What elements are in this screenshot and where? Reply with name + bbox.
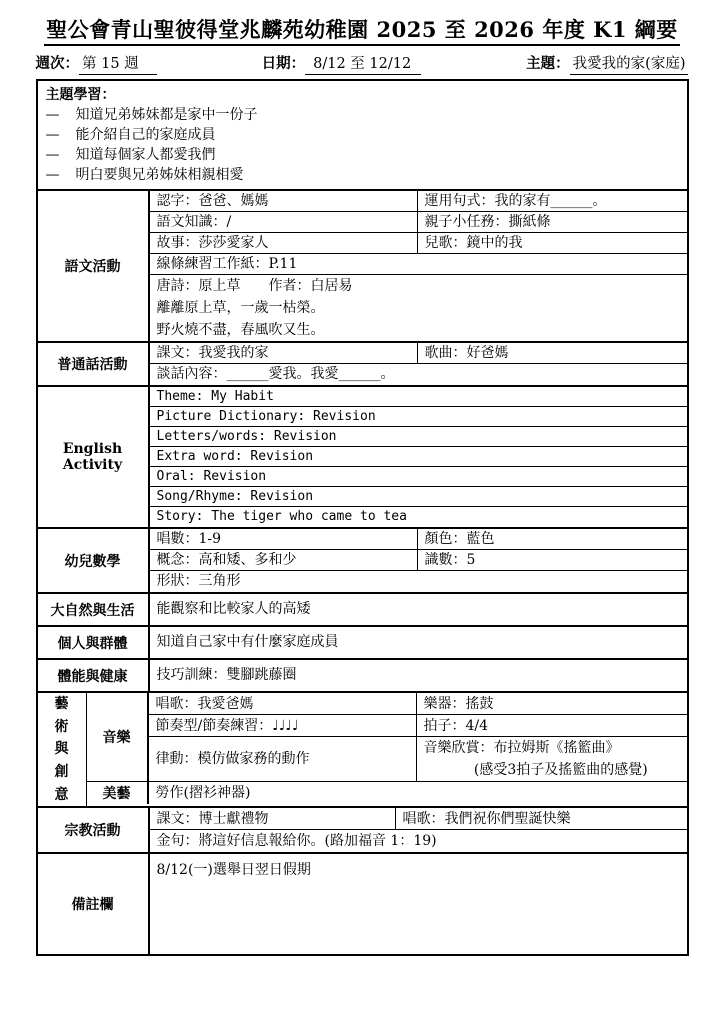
section-theme-learning: 主題學習： — 知道兄弟姊妹都是家中一份子 — 能介紹自己的家庭成員 — 知道每… [38, 81, 687, 189]
music-appreciation-line1: 音樂欣賞：布拉姆斯《搖籃曲》 [424, 737, 680, 759]
week-field: 週次：第 15 週 [36, 52, 157, 75]
music-instrument: 樂器：搖鼓 [417, 693, 687, 714]
religion-text: 課文：博士獻禮物 [150, 808, 396, 829]
nature-label: 大自然與生活 [38, 594, 150, 625]
theme-item: — 能介紹自己的家庭成員 [46, 125, 679, 145]
section-language: 語文活動 認字：爸爸、媽媽 運用句式：我的家有______。 語文知識：/ 親子… [38, 189, 687, 341]
section-math: 幼兒數學 唱數：1-9 顏色：藍色 概念：高和矮、多和少 識數：5 形狀：三角形 [38, 527, 687, 592]
section-english: English Activity Theme: My Habit Picture… [38, 385, 687, 527]
week-value: 第 15 週 [79, 52, 157, 75]
section-personal-group: 個人與群體 知道自己家中有什麼家庭成員 [38, 625, 687, 658]
table-row: 課文：博士獻禮物 唱歌：我們祝你們聖誕快樂 [150, 808, 687, 830]
table-row: 認字：爸爸、媽媽 運用句式：我的家有______。 [150, 191, 687, 212]
table-row: 知道自己家中有什麼家庭成員 [150, 627, 687, 658]
english-row: Oral: Revision [150, 467, 687, 486]
putonghua-talk: 談話內容：______愛我。我愛______。 [150, 364, 687, 385]
fine-art-content: 勞作(摺衫神器) [149, 782, 687, 804]
topic-field: 主題：我愛我的家(家庭) [526, 52, 688, 75]
language-knowledge: 語文知識：/ [150, 212, 418, 232]
dash-bullet: — [46, 105, 76, 125]
table-row: Picture Dictionary: Revision [150, 407, 687, 427]
music-beat: 拍子：4/4 [417, 715, 687, 736]
music-rhythm: 節奏型/節奏練習：♩♩♩♩ [149, 715, 417, 736]
putonghua-text: 課文：我愛我的家 [150, 343, 418, 363]
notes-label: 備註欄 [38, 854, 150, 954]
music-singing: 唱歌：我愛爸媽 [149, 693, 417, 714]
english-row: Letters/words: Revision [150, 427, 687, 446]
table-row: 金句：將這好信息報給你。(路加福音 1：19) [150, 830, 687, 852]
english-label-line2: Activity [63, 457, 122, 473]
fine-art-label: 美藝 [87, 782, 149, 804]
dash-bullet: — [46, 165, 76, 185]
poem-line: 野火燒不盡，春風吹又生。 [150, 319, 687, 341]
religion-verse: 金句：將這好信息報給你。(路加福音 1：19) [150, 830, 687, 852]
theme-item-text: 知道兄弟姊妹都是家中一份子 [76, 105, 258, 125]
table-row: 故事：莎莎愛家人 兒歌：鏡中的我 [150, 233, 687, 254]
theme-item-text: 能介紹自己的家庭成員 [76, 125, 216, 145]
putonghua-song: 歌曲：好爸媽 [418, 343, 687, 363]
topic-value: 我愛我的家(家庭) [570, 52, 689, 75]
table-row: 野火燒不盡，春風吹又生。 [150, 319, 687, 341]
header-meta-row: 週次：第 15 週 日期：8/12 至 12/12 主題：我愛我的家(家庭) [36, 52, 689, 75]
english-row: Picture Dictionary: Revision [150, 407, 687, 426]
table-row: 課文：我愛我的家 歌曲：好爸媽 [150, 343, 687, 364]
date-field: 日期：8/12 至 12/12 [262, 52, 422, 75]
poem-title: 唐詩：原上草 作者：白居易 [150, 275, 687, 297]
page-title-text: 聖公會青山聖彼得堂兆麟苑幼稚園 2025 至 2026 年度 K1 綱要 [44, 17, 680, 46]
table-row: 離離原上草，一歲一枯榮。 [150, 297, 687, 319]
theme-learning-title: 主題學習： [46, 85, 679, 105]
language-story: 故事：莎莎愛家人 [150, 233, 418, 253]
table-row: 勞作(摺衫神器) [149, 782, 687, 804]
document-page: 聖公會青山聖彼得堂兆麟苑幼稚園 2025 至 2026 年度 K1 綱要 週次：… [0, 0, 724, 1024]
language-label: 語文活動 [38, 191, 150, 341]
table-row: 談話內容：______愛我。我愛______。 [150, 364, 687, 385]
table-row: 概念：高和矮、多和少 識數：5 [150, 550, 687, 571]
date-label: 日期： [262, 55, 306, 72]
table-row: 技巧訓練：雙腳跳藤圈 [150, 660, 687, 691]
music-appreciation-line2: (感受3拍子及搖籃曲的感覺) [424, 759, 680, 781]
religion-song: 唱歌：我們祝你們聖誕快樂 [396, 808, 687, 829]
table-row: 語文知識：/ 親子小任務：撕紙條 [150, 212, 687, 233]
section-nature: 大自然與生活 能觀察和比較家人的高矮 [38, 592, 687, 625]
date-value: 8/12 至 12/12 [305, 52, 421, 75]
table-row: 律動：模仿做家務的動作 音樂欣賞：布拉姆斯《搖籃曲》 (感受3拍子及搖籃曲的感覺… [149, 737, 687, 781]
page-title: 聖公會青山聖彼得堂兆麟苑幼稚園 2025 至 2026 年度 K1 綱要 [0, 14, 724, 44]
english-label: English Activity [38, 387, 150, 527]
theme-item: — 明白要與兄弟姊妹相親相愛 [46, 165, 679, 185]
nature-content: 能觀察和比較家人的高矮 [150, 594, 687, 625]
dash-bullet: — [46, 145, 76, 165]
table-row: 節奏型/節奏練習：♩♩♩♩ 拍子：4/4 [149, 715, 687, 737]
table-row: Extra word: Revision [150, 447, 687, 467]
poem-line: 離離原上草，一歲一枯榮。 [150, 297, 687, 319]
music-appreciation: 音樂欣賞：布拉姆斯《搖籃曲》 (感受3拍子及搖籃曲的感覺) [417, 737, 687, 781]
math-counting: 唱數：1-9 [150, 529, 418, 549]
physical-health-label: 體能與健康 [38, 660, 150, 691]
table-row: 唱數：1-9 顏色：藍色 [150, 529, 687, 550]
table-row: 唱歌：我愛爸媽 樂器：搖鼓 [149, 693, 687, 715]
math-concept: 概念：高和矮、多和少 [150, 550, 418, 570]
table-row: Letters/words: Revision [150, 427, 687, 447]
music-movement: 律動：模仿做家務的動作 [149, 737, 417, 781]
fine-art-subsection: 美藝 勞作(摺衫神器) [87, 782, 687, 804]
week-label: 週次： [36, 55, 80, 72]
language-worksheet: 線條練習工作紙：P.11 [150, 254, 687, 274]
table-row: 能觀察和比較家人的高矮 [150, 594, 687, 625]
theme-item: — 知道兄弟姊妹都是家中一份子 [46, 105, 679, 125]
math-label: 幼兒數學 [38, 529, 150, 592]
section-art-creativity: 藝術與創意 音樂 唱歌：我愛爸媽 樂器：搖鼓 節奏型/節奏練習：♩♩♩♩ 拍子：… [38, 691, 687, 806]
table-row: Theme: My Habit [150, 387, 687, 407]
art-creativity-label-text: 藝術與創意 [55, 693, 69, 806]
putonghua-label: 普通話活動 [38, 343, 150, 385]
language-rhyme: 兒歌：鏡中的我 [418, 233, 687, 253]
theme-item-text: 知道每個家人都愛我們 [76, 145, 216, 165]
personal-group-label: 個人與群體 [38, 627, 150, 658]
art-creativity-label: 藝術與創意 [38, 693, 87, 806]
section-religion: 宗教活動 課文：博士獻禮物 唱歌：我們祝你們聖誕快樂 金句：將這好信息報給你。(… [38, 806, 687, 852]
table-row: 唐詩：原上草 作者：白居易 [150, 275, 687, 297]
religion-label: 宗教活動 [38, 808, 150, 852]
music-label: 音樂 [87, 693, 149, 781]
english-row: Extra word: Revision [150, 447, 687, 466]
math-number: 識數：5 [418, 550, 687, 570]
music-subsection: 音樂 唱歌：我愛爸媽 樂器：搖鼓 節奏型/節奏練習：♩♩♩♩ 拍子：4/4 律動… [87, 693, 687, 782]
table-row: 線條練習工作紙：P.11 [150, 254, 687, 275]
math-shape: 形狀：三角形 [150, 571, 687, 592]
table-row: Story: The tiger who came to tea [150, 507, 687, 527]
table-row: Oral: Revision [150, 467, 687, 487]
english-row: Story: The tiger who came to tea [150, 507, 687, 527]
section-notes: 備註欄 8/12(一)選舉日翌日假期 [38, 852, 687, 954]
curriculum-table: 主題學習： — 知道兄弟姊妹都是家中一份子 — 能介紹自己的家庭成員 — 知道每… [36, 79, 689, 956]
english-row: Theme: My Habit [150, 387, 687, 406]
section-physical-health: 體能與健康 技巧訓練：雙腳跳藤圈 [38, 658, 687, 691]
theme-item: — 知道每個家人都愛我們 [46, 145, 679, 165]
table-row: 形狀：三角形 [150, 571, 687, 592]
english-row: Song/Rhyme: Revision [150, 487, 687, 506]
theme-item-text: 明白要與兄弟姊妹相親相愛 [76, 165, 244, 185]
section-putonghua: 普通話活動 課文：我愛我的家 歌曲：好爸媽 談話內容：______愛我。我愛__… [38, 341, 687, 385]
table-row: Song/Rhyme: Revision [150, 487, 687, 507]
personal-group-content: 知道自己家中有什麼家庭成員 [150, 627, 687, 658]
language-recognition: 認字：爸爸、媽媽 [150, 191, 418, 211]
notes-content: 8/12(一)選舉日翌日假期 [150, 859, 687, 954]
topic-label: 主題： [526, 55, 570, 72]
physical-health-content: 技巧訓練：雙腳跳藤圈 [150, 660, 687, 691]
language-parent-task: 親子小任務：撕紙條 [418, 212, 687, 232]
dash-bullet: — [46, 125, 76, 145]
language-sentence: 運用句式：我的家有______。 [418, 191, 687, 211]
math-color: 顏色：藍色 [418, 529, 687, 549]
english-label-line1: English [63, 441, 122, 457]
